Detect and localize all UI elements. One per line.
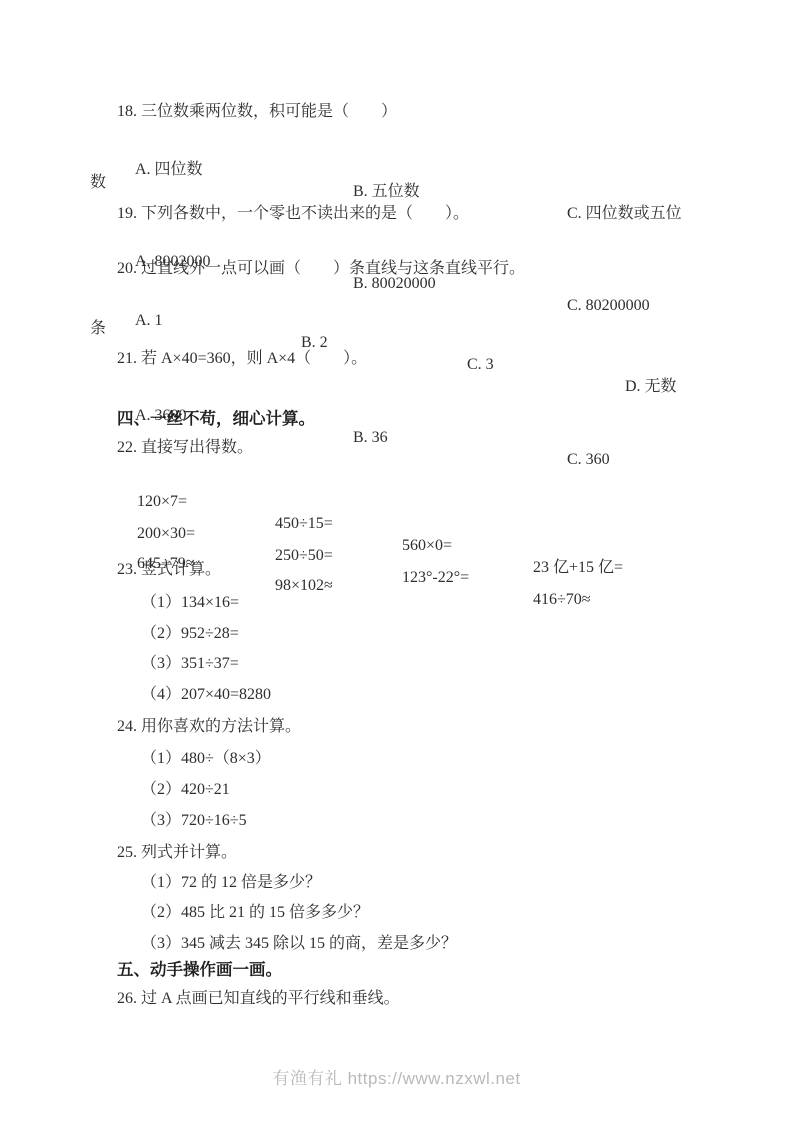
question-23-stem: 23. 竖式计算。 <box>117 559 221 581</box>
section-five-title: 五、动手操作画一画。 <box>117 959 282 981</box>
question-20-option-c: C. 3 <box>467 354 494 376</box>
question-25-item-3: （3）345 减去 345 除以 15 的商，差是多少？ <box>141 933 457 955</box>
question-24-item-1: （1）480÷（8×3） <box>141 748 271 770</box>
section-four-title: 四、一丝不苟，细心计算。 <box>117 408 315 430</box>
question-20-stem: 20. 过直线外一点可以画（ ）条直线与这条直线平行。 <box>117 258 525 280</box>
question-24-item-3: （3）720÷16÷5 <box>141 810 247 832</box>
question-22-stem: 22. 直接写出得数。 <box>117 437 253 459</box>
question-18-option-c: C. 四位数或五位 <box>567 203 682 225</box>
expression: 98×102≈ <box>275 575 333 597</box>
question-20-wrap-text: 条 <box>90 318 106 340</box>
exam-paper-page: 18. 三位数乘两位数，积可能是（ ） A. 四位数 B. 五位数 C. 四位数… <box>0 0 793 1122</box>
question-24-stem: 24. 用你喜欢的方法计算。 <box>117 716 301 738</box>
question-18-option-b: B. 五位数 <box>353 181 420 203</box>
watermark-text: 有渔有礼 https://www.nzxwl.net <box>0 1064 793 1089</box>
question-21-stem: 21. 若 A×40=360，则 A×4（ ）。 <box>117 348 367 370</box>
question-25-stem: 25. 列式并计算。 <box>117 842 237 864</box>
question-19-stem: 19. 下列各数中，一个零也不读出来的是（ ）。 <box>117 203 469 225</box>
question-18-stem: 18. 三位数乘两位数，积可能是（ ） <box>117 101 397 123</box>
question-26-stem: 26. 过 A 点画已知直线的平行线和垂线。 <box>117 988 400 1010</box>
question-23-item-1: （1）134×16= <box>141 592 239 614</box>
question-24-item-2: （2）420÷21 <box>141 779 230 801</box>
question-23-item-4: （4）207×40=8280 <box>141 684 271 706</box>
question-23-item-3: （3）351÷37= <box>141 653 239 675</box>
question-18-wrap-text: 数 <box>90 172 106 194</box>
question-18-option-a: A. 四位数 <box>135 159 203 181</box>
question-23-item-2: （2）952÷28= <box>141 623 239 645</box>
question-21-option-b: B. 36 <box>353 427 388 449</box>
question-21-option-c: C. 360 <box>567 449 610 471</box>
question-25-item-1: （1）72 的 12 倍是多少？ <box>141 872 321 894</box>
question-20-option-a: A. 1 <box>135 310 163 332</box>
question-25-item-2: （2）485 比 21 的 15 倍多多少？ <box>141 902 369 924</box>
